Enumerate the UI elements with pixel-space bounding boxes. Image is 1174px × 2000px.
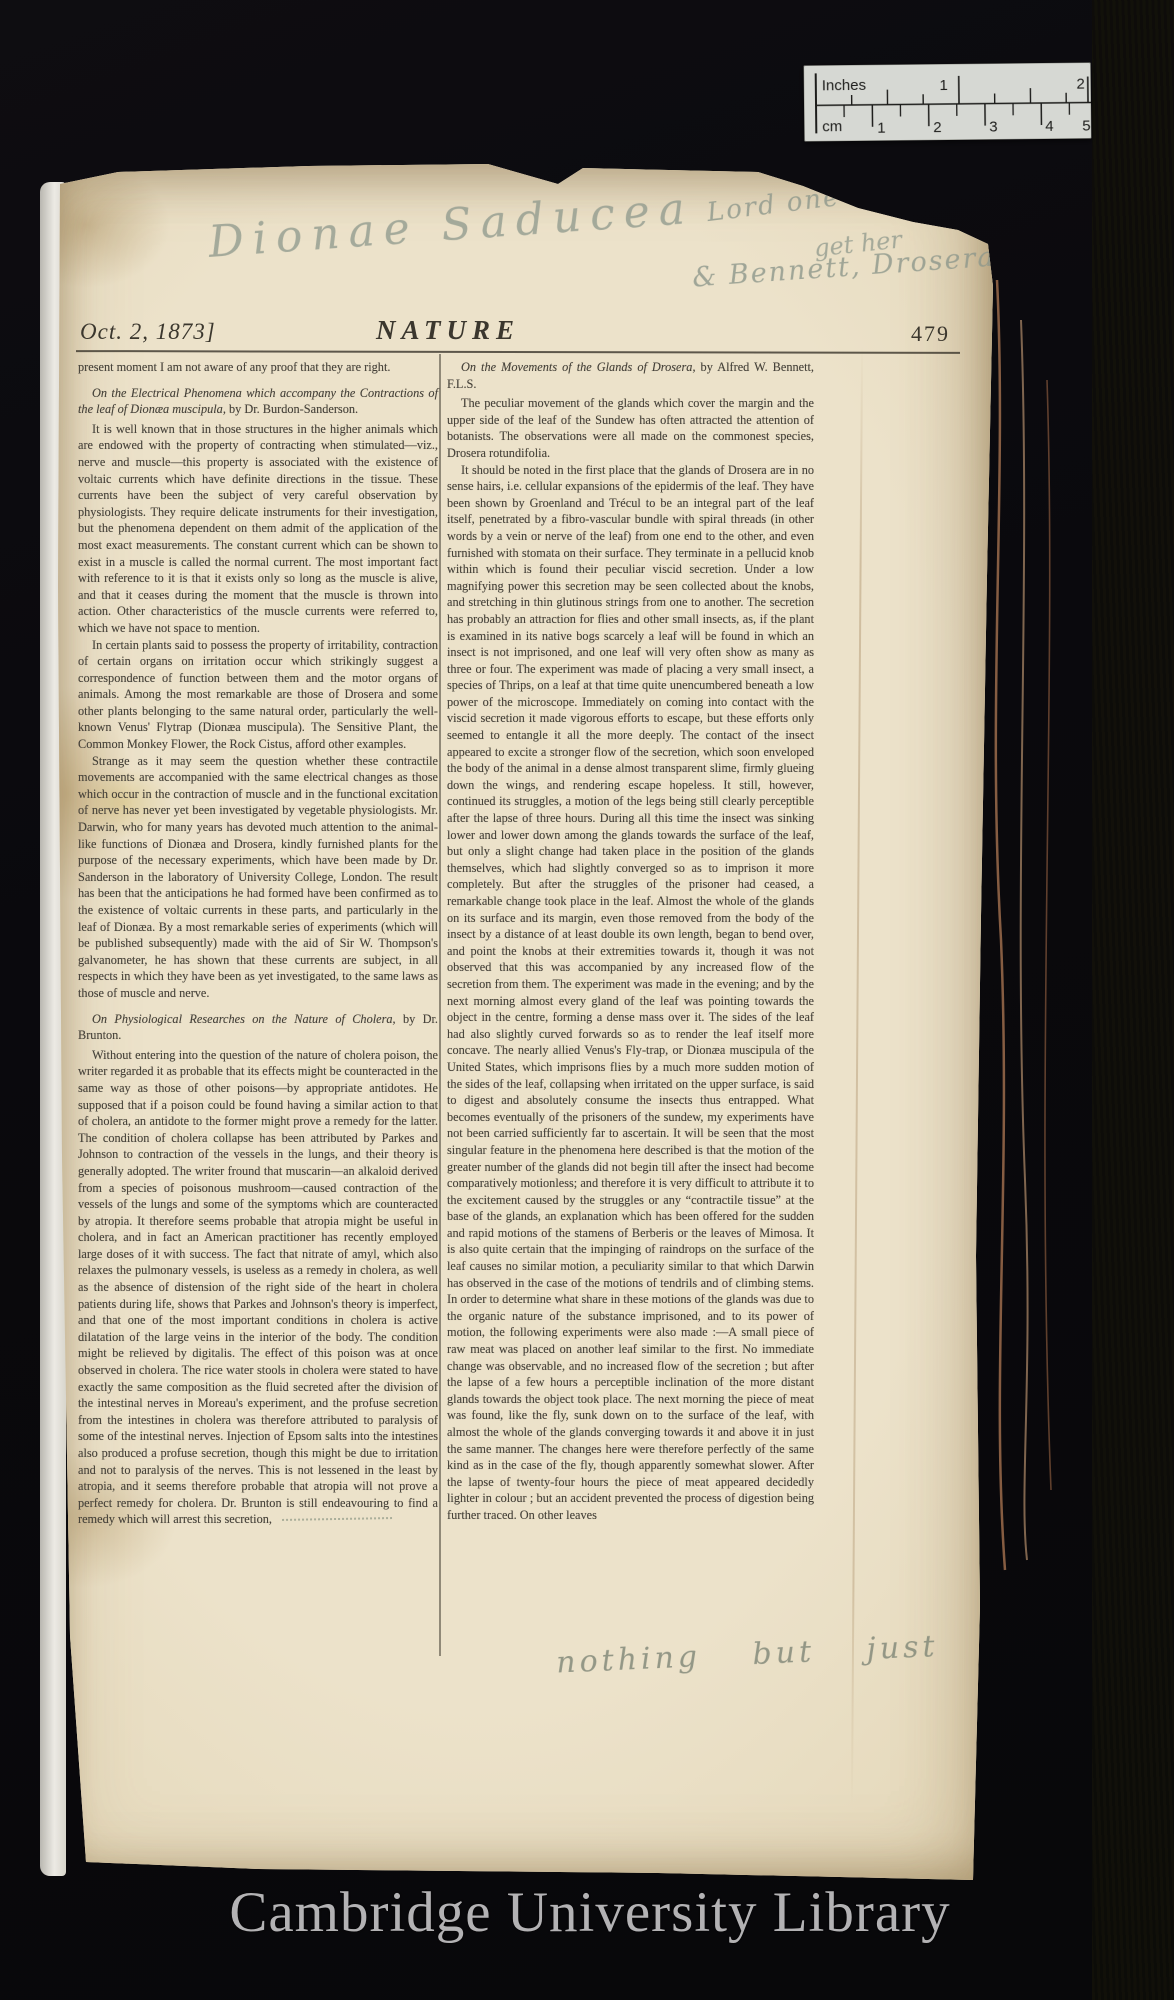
journal-page: Dionae Saducea Lord one Bennett & get he…	[58, 156, 993, 1880]
pencil-page-number: 20	[930, 190, 964, 221]
paragraph: Without entering into the question of th…	[78, 1047, 438, 1528]
pencil-annotation-title: Dionae Saducea	[207, 183, 696, 268]
ruler-cm-4: 4	[1045, 118, 1054, 135]
article-title-text: On the Movements of the Glands of Droser…	[461, 360, 696, 374]
ruler-cm-label: cm	[822, 118, 842, 135]
paragraph: In certain plants said to possess the pr…	[78, 637, 438, 753]
printed-page-number: 479	[911, 321, 950, 347]
paragraph: Strange as it may seem the question whet…	[78, 753, 438, 1002]
paragraph: The peculiar movement of the glands whic…	[447, 395, 814, 461]
paragraph: It should be noted in the first place th…	[447, 462, 814, 1524]
ink-smudge	[282, 1512, 392, 1521]
article-title: On the Electrical Phenomena which accomp…	[78, 385, 438, 418]
ruler-inches-label: Inches	[822, 77, 866, 94]
paragraph: present moment I am not aware of any pro…	[78, 359, 438, 376]
article-byline: by Dr. Burdon-Sanderson.	[226, 402, 358, 416]
pencil-footer-note: nothing but just refer	[555, 1622, 1085, 1680]
right-column: On the Movements of the Glands of Droser…	[447, 359, 814, 1524]
article-title-text: On Physiological Researches on the Natur…	[92, 1012, 396, 1026]
issue-date: Oct. 2, 1873]	[80, 319, 216, 345]
article-title: On the Movements of the Glands of Droser…	[447, 359, 814, 392]
article-title: On Physiological Researches on the Natur…	[78, 1011, 438, 1044]
ruler-cm-3: 3	[989, 118, 998, 135]
journal-title: NATURE	[328, 315, 568, 346]
binding-fabric-band	[1092, 0, 1174, 2000]
library-watermark: Cambridge University Library	[150, 1880, 1030, 1945]
left-column: present moment I am not aware of any pro…	[78, 359, 438, 1528]
pencil-annotation-line1: Lord one Bennett &	[705, 162, 1004, 228]
paragraph: It is well known that in those structure…	[78, 421, 438, 637]
measurement-ruler: Inches 1 2 cm 1 2 3 4 5	[804, 62, 1092, 141]
column-divider	[439, 354, 441, 1656]
ruler-cm-5: 5	[1082, 118, 1091, 135]
binding-threads	[975, 280, 1095, 1580]
ruler-inch-2: 2	[1076, 76, 1085, 93]
ruler-inch-1: 1	[939, 77, 948, 94]
ruler-cm-2: 2	[933, 119, 942, 136]
scanned-document-viewer: Inches 1 2 cm 1 2 3 4 5 Dionae Saducea L…	[0, 0, 1174, 2000]
ruler-cm-1: 1	[877, 120, 886, 137]
page-crease	[851, 346, 863, 1806]
header-rule	[76, 350, 960, 354]
